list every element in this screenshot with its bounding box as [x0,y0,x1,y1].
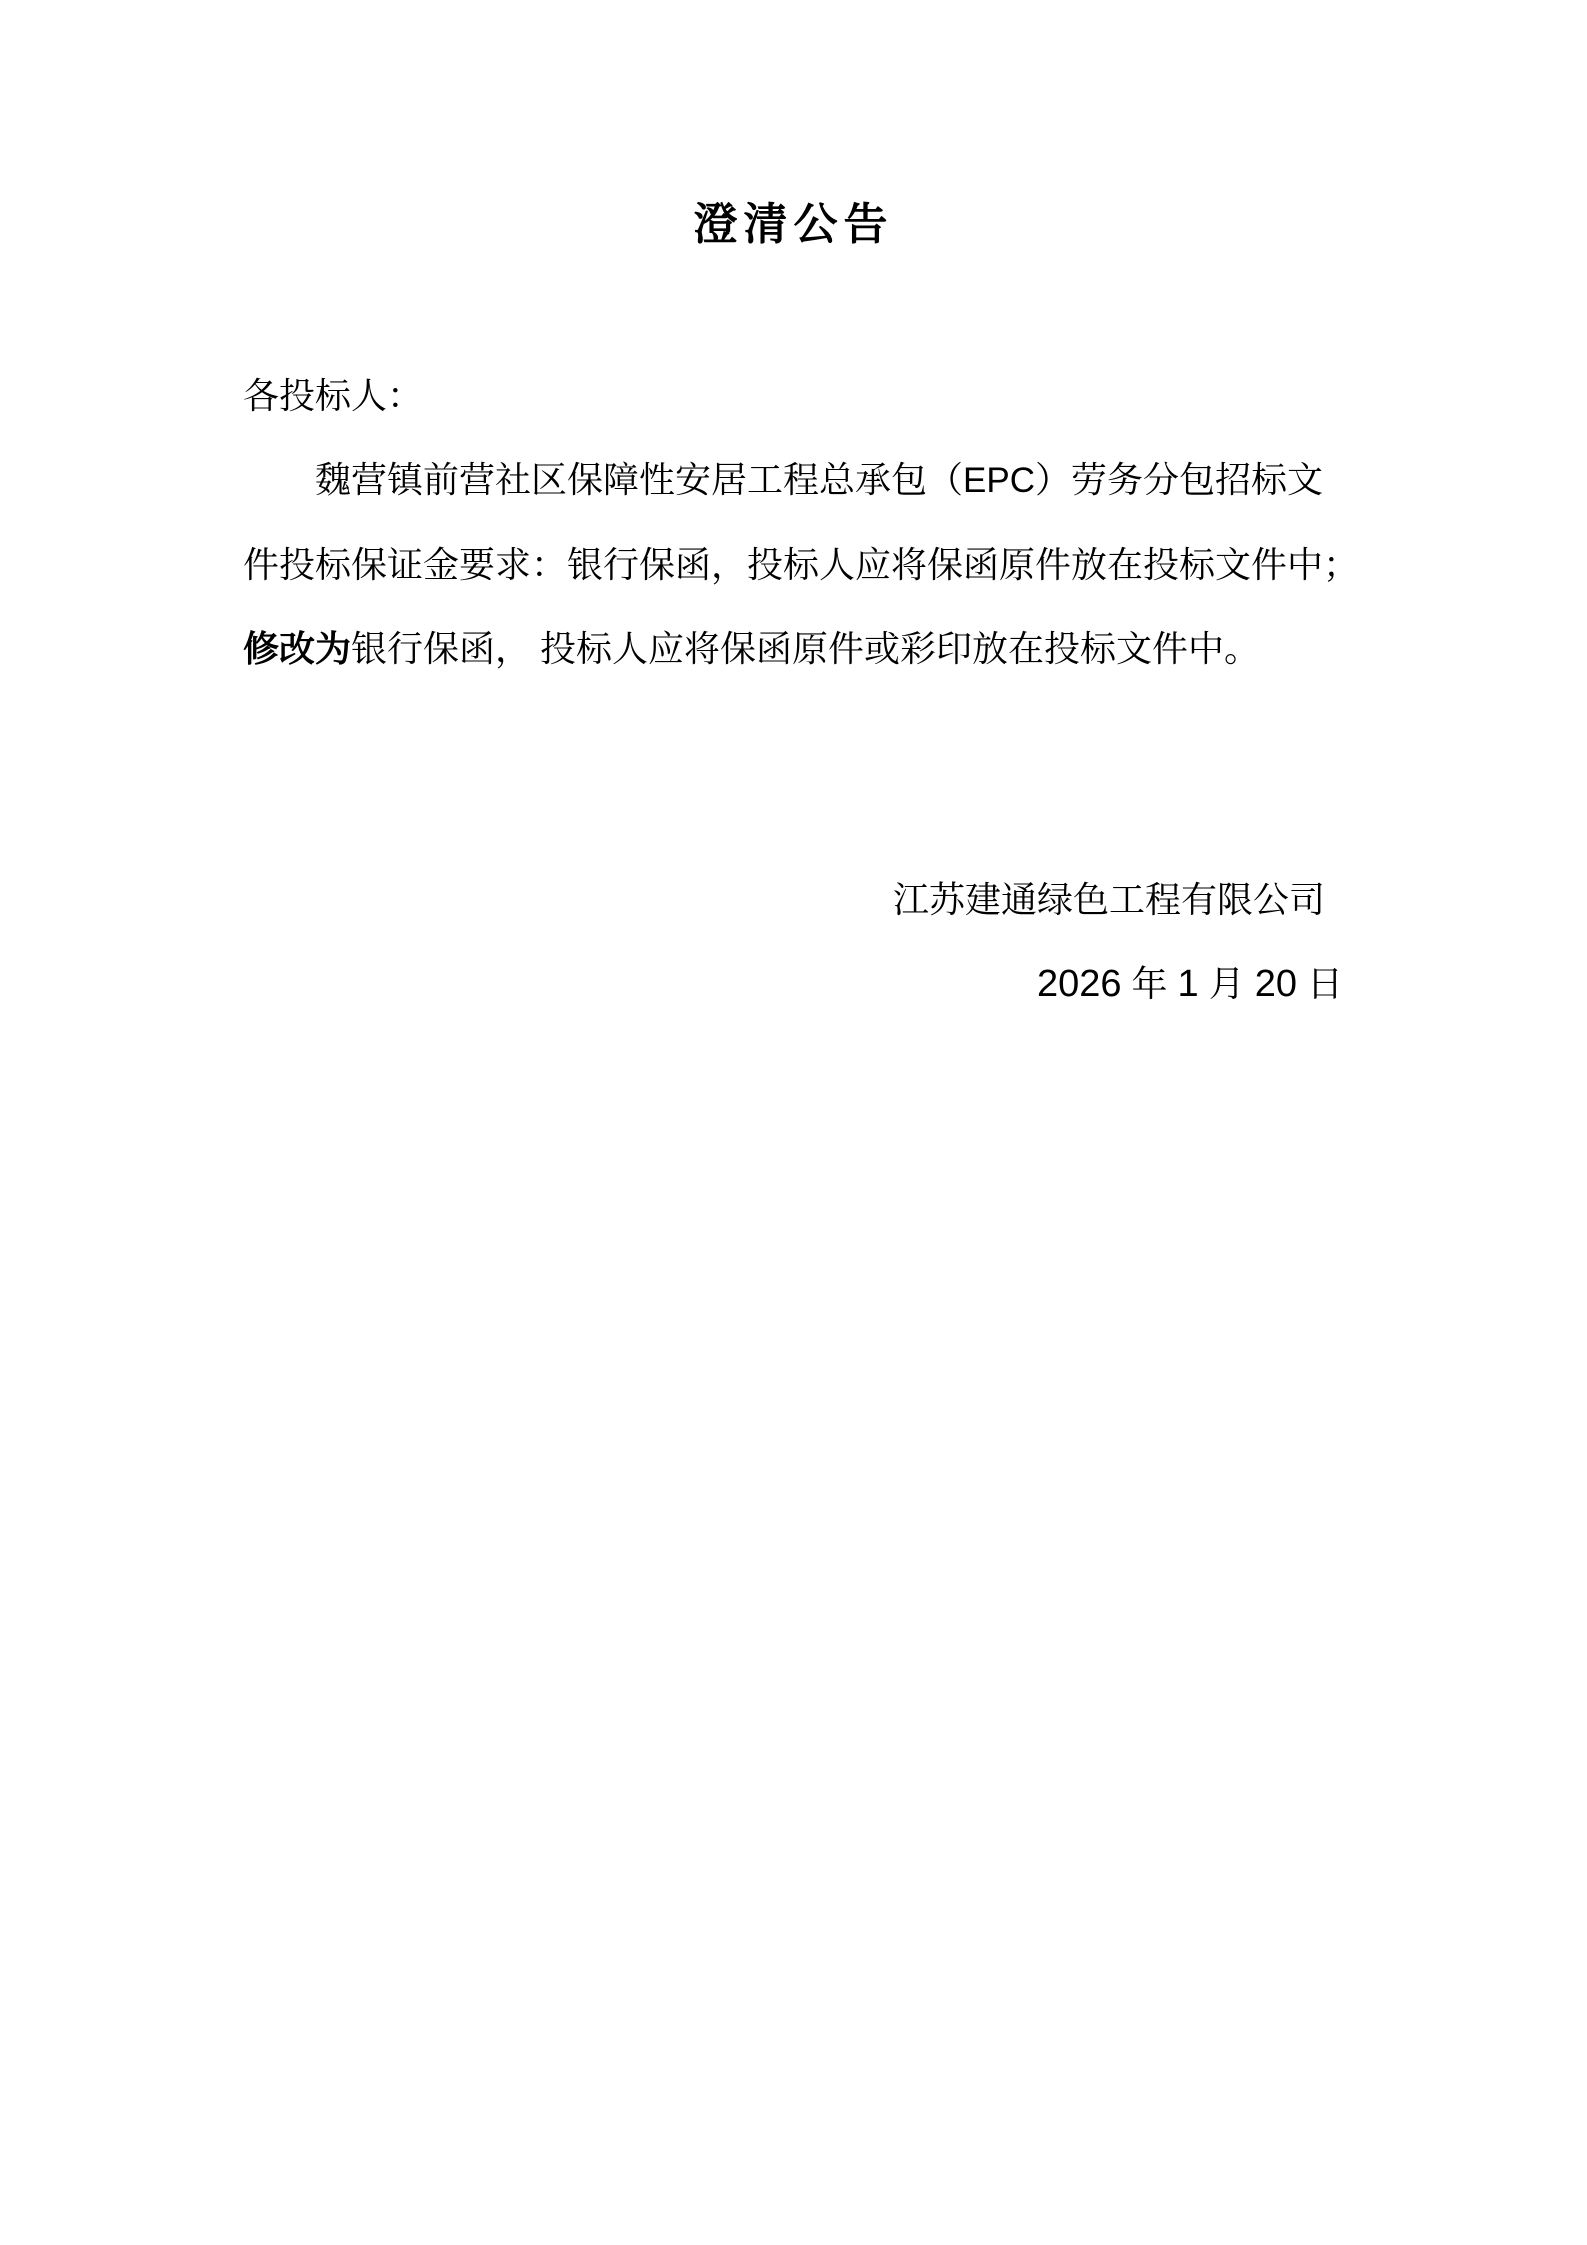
body-line-2: 件投标保证金要求：银行保函，投标人应将保函原件放在投标文件中； [243,523,1353,607]
page-title: 澄清公告 [0,196,1587,254]
date-year: 2026 [1037,963,1122,1005]
body-line-3-text: 银行保函， 投标人应将保函原件或彩印放在投标文件中。 [351,629,1260,669]
salutation: 各投标人： [243,354,1353,438]
body-line-1-text: 魏营镇前营社区保障性安居工程总承包（ [315,460,963,500]
body-line-1-epc: EPC [963,461,1035,500]
body-line-3: 修改为银行保函， 投标人应将保函原件或彩印放在投标文件中。 [243,607,1353,691]
signature-block: 江苏建通绿色工程有限公司 2026年1月20日 [243,858,1347,1026]
date-line: 2026年1月20日 [243,942,1347,1026]
date-year-unit: 年 [1132,964,1168,1004]
date-month: 1 [1178,963,1199,1005]
document-body: 各投标人： 魏营镇前营社区保障性安居工程总承包（EPC）劳务分包招标文 件投标保… [243,354,1353,691]
date-day-unit: 日 [1307,964,1343,1004]
body-line-1-tail: ）劳务分包招标文 [1035,460,1323,500]
company-name: 江苏建通绿色工程有限公司 [243,858,1347,942]
body-line-1: 魏营镇前营社区保障性安居工程总承包（EPC）劳务分包招标文 [243,438,1353,523]
document-page: 澄清公告 各投标人： 魏营镇前营社区保障性安居工程总承包（EPC）劳务分包招标文… [0,0,1587,2245]
date-month-unit: 月 [1209,964,1245,1004]
body-line-3-emphasis: 修改为 [243,629,351,669]
date-day: 20 [1255,963,1297,1005]
